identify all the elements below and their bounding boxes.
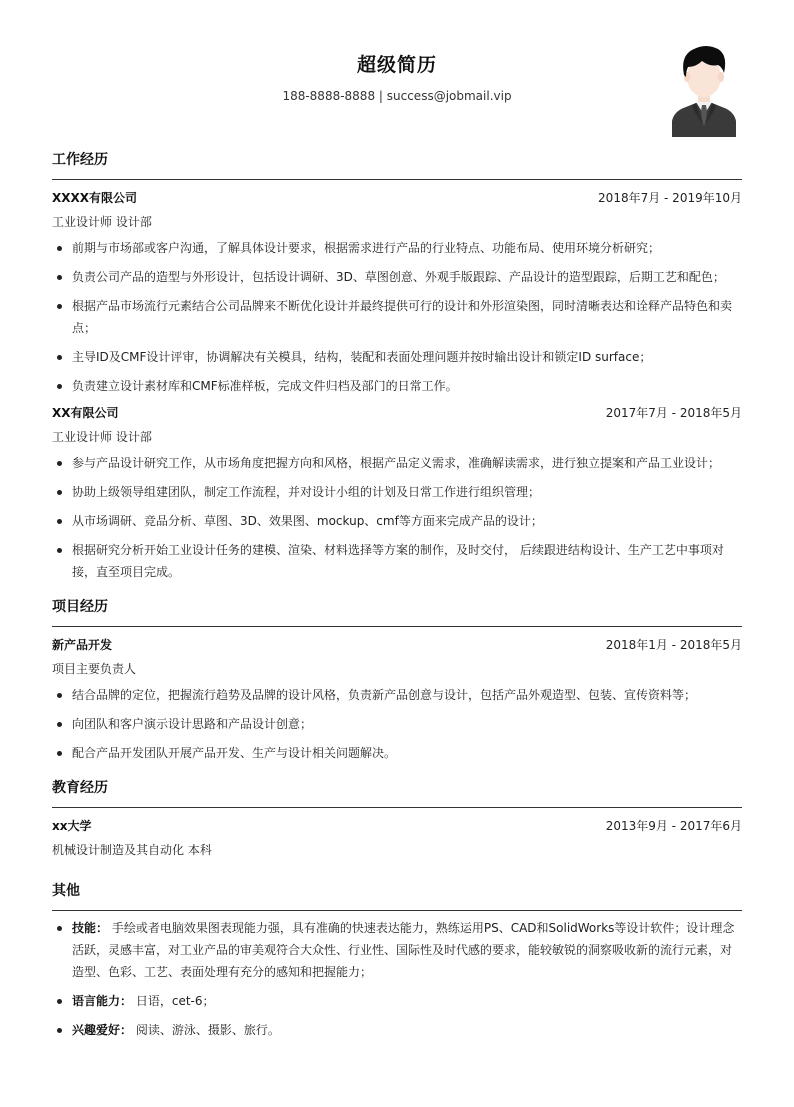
list-item-languages: 语言能力： 日语，cet-6； [52, 990, 742, 1012]
list-item: 从市场调研、竞品分析、草图、3D、效果图、mockup、cmf等方面来完成产品的… [52, 510, 742, 532]
date-range: 2018年1月 - 2018年5月 [606, 636, 742, 654]
major-degree: 机械设计制造及其自动化 本科 [52, 841, 742, 859]
section-education: 教育经历 xx大学 2013年9月 - 2017年6月 机械设计制造及其自动化 … [52, 778, 742, 859]
list-item: 前期与市场部或客户沟通，了解具体设计要求，根据需求进行产品的行业特点、功能布局、… [52, 237, 742, 259]
list-item: 根据产品市场流行元素结合公司品牌来不断优化设计并最终提供可行的设计和外形渲染图，… [52, 295, 742, 339]
duty-list: 参与产品设计研究工作，从市场角度把握方向和风格，根据产品定义需求，准确解读需求，… [52, 452, 742, 583]
item-label: 语言能力： [72, 994, 132, 1008]
list-item: 向团队和客户演示设计思路和产品设计创意； [52, 713, 742, 735]
businessman-avatar-icon [670, 45, 738, 137]
list-item: 主导ID及CMF设计评审，协调解决有关模具，结构，装配和表面处理问题并按时输出设… [52, 346, 742, 368]
duty-list: 结合品牌的定位，把握流行趋势及品牌的设计风格，负责新产品创意与设计，包括产品外观… [52, 684, 742, 764]
project-entry: 新产品开发 2018年1月 - 2018年5月 项目主要负责人 结合品牌的定位，… [52, 636, 742, 764]
project-name: 新产品开发 [52, 636, 112, 654]
avatar [670, 45, 738, 137]
section-title: 项目经历 [52, 597, 742, 627]
work-entry: XX有限公司 2017年7月 - 2018年5月 工业设计师 设计部 参与产品设… [52, 404, 742, 583]
section-project-experience: 项目经历 新产品开发 2018年1月 - 2018年5月 项目主要负责人 结合品… [52, 597, 742, 764]
section-title: 工作经历 [52, 150, 742, 180]
company-name: XXXX有限公司 [52, 189, 137, 207]
section-work-experience: 工作经历 XXXX有限公司 2018年7月 - 2019年10月 工业设计师 设… [52, 150, 742, 583]
date-range: 2018年7月 - 2019年10月 [598, 189, 742, 207]
item-label: 技能： [72, 921, 108, 935]
section-title: 教育经历 [52, 778, 742, 808]
list-item: 配合产品开发团队开展产品开发、生产与设计相关问题解决。 [52, 742, 742, 764]
item-text: 日语，cet-6； [136, 994, 215, 1008]
item-text: 阅读、游泳、摄影、旅行。 [136, 1023, 280, 1037]
section-title: 其他 [52, 881, 742, 911]
item-label: 兴趣爱好： [72, 1023, 132, 1037]
item-text: 手绘或者电脑效果图表现能力强，具有准确的快速表达能力，熟练运用PS、CAD和So… [72, 921, 734, 979]
job-role: 工业设计师 设计部 [52, 428, 742, 446]
duty-list: 前期与市场部或客户沟通，了解具体设计要求，根据需求进行产品的行业特点、功能布局、… [52, 237, 742, 397]
school-name: xx大学 [52, 817, 91, 835]
list-item: 参与产品设计研究工作，从市场角度把握方向和风格，根据产品定义需求，准确解读需求，… [52, 452, 742, 474]
other-list: 技能： 手绘或者电脑效果图表现能力强，具有准确的快速表达能力，熟练运用PS、CA… [52, 917, 742, 1041]
list-item-skills: 技能： 手绘或者电脑效果图表现能力强，具有准确的快速表达能力，熟练运用PS、CA… [52, 917, 742, 983]
job-role: 工业设计师 设计部 [52, 213, 742, 231]
company-name: XX有限公司 [52, 404, 119, 422]
project-role: 项目主要负责人 [52, 660, 742, 678]
list-item: 协助上级领导组建团队，制定工作流程，并对设计小组的计划及日常工作进行组织管理； [52, 481, 742, 503]
list-item: 根据研究分析开始工业设计任务的建模、渲染、材料选择等方案的制作，及时交付， 后续… [52, 539, 742, 583]
education-entry: xx大学 2013年9月 - 2017年6月 机械设计制造及其自动化 本科 [52, 817, 742, 859]
resume-content: 工作经历 XXXX有限公司 2018年7月 - 2019年10月 工业设计师 设… [52, 150, 742, 1048]
work-entry: XXXX有限公司 2018年7月 - 2019年10月 工业设计师 设计部 前期… [52, 189, 742, 397]
date-range: 2013年9月 - 2017年6月 [606, 817, 742, 835]
date-range: 2017年7月 - 2018年5月 [606, 404, 742, 422]
section-other: 其他 技能： 手绘或者电脑效果图表现能力强，具有准确的快速表达能力，熟练运用PS… [52, 881, 742, 1041]
list-item: 结合品牌的定位，把握流行趋势及品牌的设计风格，负责新产品创意与设计，包括产品外观… [52, 684, 742, 706]
list-item: 负责建立设计素材库和CMF标准样板，完成文件归档及部门的日常工作。 [52, 375, 742, 397]
resume-page: 超级简历 188-8888-8888 | success@jobmail.vip [0, 0, 794, 1107]
list-item: 负责公司产品的造型与外形设计，包括设计调研、3D、草图创意、外观手版跟踪、产品设… [52, 266, 742, 288]
list-item-hobbies: 兴趣爱好： 阅读、游泳、摄影、旅行。 [52, 1019, 742, 1041]
